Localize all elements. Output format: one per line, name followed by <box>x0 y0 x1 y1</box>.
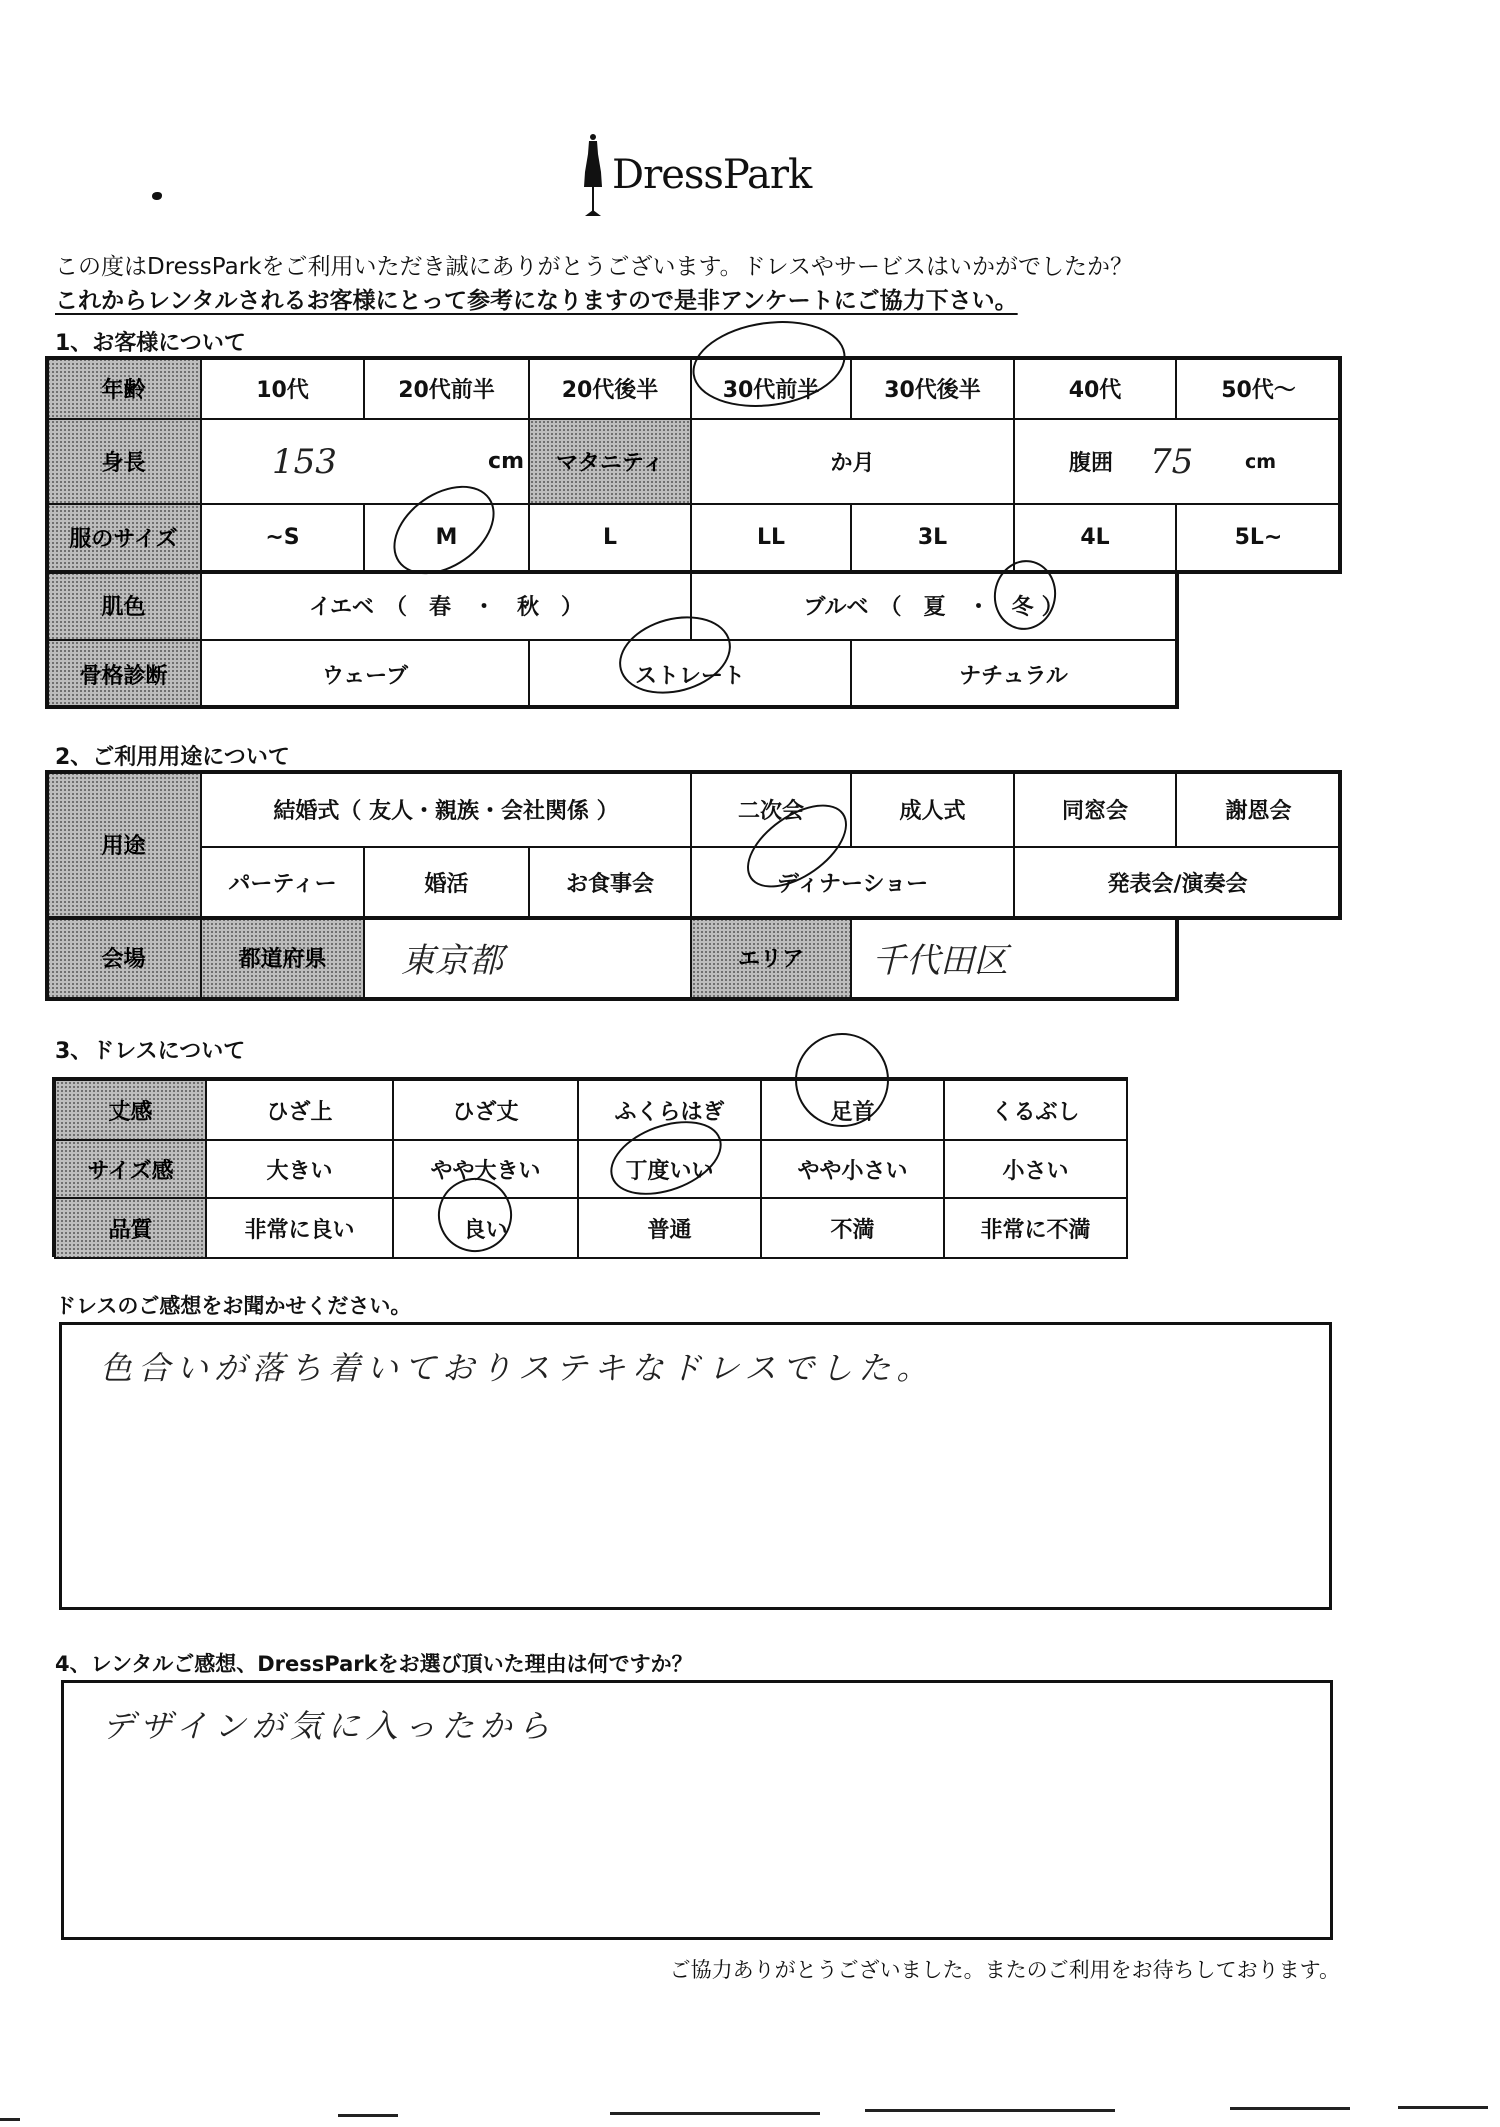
frame-option-selected[interactable]: ストレート <box>528 639 852 709</box>
mannequin-icon <box>580 132 606 218</box>
purpose-option[interactable]: パーティー <box>200 846 365 918</box>
skin-blue-winter-selected: 冬 <box>1012 590 1034 621</box>
prefecture-field[interactable]: 東京都 <box>363 916 692 999</box>
skin-blue-prefix: ブルベ （ 夏 ・ <box>803 590 989 621</box>
length-option[interactable]: ふくらはぎ <box>577 1079 762 1141</box>
quality-label: 品質 <box>54 1197 207 1259</box>
purpose-option-selected[interactable]: ディナーショー <box>690 846 1015 918</box>
skin-blue-suffix: ） <box>1042 590 1064 621</box>
venue-label: 会場 <box>45 916 202 999</box>
scan-artifact <box>0 2118 20 2121</box>
scan-artifact <box>865 2109 1115 2112</box>
intro-request: これからレンタルされるお客様にとって参考になりますので是非アンケートにご協力下さ… <box>55 282 1018 315</box>
purpose-option[interactable]: 結婚式（ 友人・親族・会社関係 ） <box>200 770 692 848</box>
waist-value: 75 <box>1150 442 1193 482</box>
size-option[interactable]: L <box>528 503 692 572</box>
age-option[interactable]: 20代前半 <box>363 356 530 420</box>
age-option[interactable]: 50代～ <box>1175 356 1342 420</box>
scan-speck <box>152 192 162 200</box>
size-option[interactable]: ~S <box>200 503 365 572</box>
purpose-table: 用途 結婚式（ 友人・親族・会社関係 ） 二次会 成人式 同窓会 謝恩会 パーテ… <box>45 770 1342 999</box>
length-option[interactable]: ひざ上 <box>205 1079 394 1141</box>
height-unit: cm <box>488 449 524 474</box>
length-option-selected[interactable]: 足首 <box>760 1079 945 1141</box>
dress-table: 丈感 ひざ上 ひざ丈 ふくらはぎ 足首 くるぶし サイズ感 大きい やや大きい … <box>52 1077 1128 1257</box>
skin-yellow-option[interactable]: イエベ （ 春 ・ 秋 ） <box>200 570 692 641</box>
size-option[interactable]: 3L <box>850 503 1015 572</box>
frame-label: 骨格診断 <box>45 639 202 709</box>
section1-title: 1、お客様について <box>55 326 246 357</box>
waist-field[interactable]: 腹囲 75 cm <box>1013 418 1342 505</box>
fit-option[interactable]: やや小さい <box>760 1139 945 1199</box>
brand-name: DressPark <box>612 152 811 198</box>
quality-option[interactable]: 非常に良い <box>205 1197 394 1259</box>
reason-textarea[interactable]: デザインが気に入ったから <box>61 1680 1333 1940</box>
quality-option[interactable]: 非常に不満 <box>943 1197 1128 1259</box>
quality-option[interactable]: 不満 <box>760 1197 945 1259</box>
age-option[interactable]: 30代後半 <box>850 356 1015 420</box>
area-field[interactable]: 千代田区 <box>850 916 1177 999</box>
scan-artifact <box>338 2114 398 2117</box>
size-option[interactable]: 4L <box>1013 503 1177 572</box>
height-label: 身長 <box>45 418 202 505</box>
length-option[interactable]: くるぶし <box>943 1079 1128 1141</box>
quality-option-selected[interactable]: 良い <box>392 1197 579 1259</box>
intro-text: この度はDressParkをご利用いただき誠にありがとうございます。ドレスやサー… <box>55 248 1133 281</box>
size-option[interactable]: 5L~ <box>1175 503 1342 572</box>
area-label: エリア <box>690 916 852 999</box>
purpose-option[interactable]: 成人式 <box>850 770 1015 848</box>
fit-label: サイズ感 <box>54 1139 207 1199</box>
prefecture-label: 都道府県 <box>200 916 365 999</box>
waist-unit: cm <box>1245 451 1276 473</box>
frame-option[interactable]: ウェーブ <box>200 639 530 709</box>
purpose-label: 用途 <box>45 770 202 918</box>
age-option[interactable]: 40代 <box>1013 356 1177 420</box>
purpose-option[interactable]: 発表会/演奏会 <box>1013 846 1342 918</box>
frame-option[interactable]: ナチュラル <box>850 639 1177 709</box>
size-label: 服のサイズ <box>45 503 202 572</box>
height-field[interactable]: 153 cm <box>200 418 530 505</box>
scan-artifact <box>1230 2107 1350 2110</box>
maternity-unit: か月 <box>830 446 874 477</box>
purpose-option[interactable]: 婚活 <box>363 846 530 918</box>
area-value: 千代田区 <box>872 933 1008 982</box>
fit-option[interactable]: 小さい <box>943 1139 1128 1199</box>
skin-label: 肌色 <box>45 570 202 641</box>
age-option[interactable]: 20代後半 <box>528 356 692 420</box>
impression-textarea[interactable]: 色合いが落ち着いておりステキなドレスでした。 <box>59 1322 1332 1610</box>
reason-answer: デザインが気に入ったから <box>102 1701 556 1747</box>
scan-artifact <box>1398 2106 1488 2109</box>
purpose-option[interactable]: 二次会 <box>690 770 852 848</box>
size-option[interactable]: LL <box>690 503 852 572</box>
customer-table: 年齢 10代 20代前半 20代後半 30代前半 30代後半 40代 50代～ … <box>45 356 1342 707</box>
purpose-option[interactable]: 謝恩会 <box>1175 770 1342 848</box>
maternity-label: マタニティ <box>528 418 692 505</box>
fit-option[interactable]: 大きい <box>205 1139 394 1199</box>
section2-title: 2、ご利用用途について <box>55 740 290 771</box>
fit-option-selected[interactable]: 丁度いい <box>577 1139 762 1199</box>
section4-title: 4、レンタルご感想、DressParkをお選び頂いた理由は何ですか？ <box>55 1648 693 1678</box>
length-option[interactable]: ひざ丈 <box>392 1079 579 1141</box>
age-label: 年齢 <box>45 356 202 420</box>
prefecture-value: 東京都 <box>401 933 503 982</box>
skin-blue-option[interactable]: ブルベ （ 夏 ・ 冬 ） <box>690 570 1177 641</box>
size-option-selected[interactable]: M <box>363 503 530 572</box>
purpose-option[interactable]: お食事会 <box>528 846 692 918</box>
height-value: 153 <box>272 442 337 482</box>
impression-answer: 色合いが落ち着いておりステキなドレスでした。 <box>100 1343 934 1389</box>
footer-thanks: ご協力ありがとうございました。またのご利用をお待ちしております。 <box>670 1954 1340 1984</box>
purpose-option[interactable]: 同窓会 <box>1013 770 1177 848</box>
age-option[interactable]: 10代 <box>200 356 365 420</box>
age-option-selected[interactable]: 30代前半 <box>690 356 852 420</box>
impression-prompt: ドレスのご感想をお聞かせください。 <box>55 1290 411 1320</box>
length-label: 丈感 <box>54 1079 207 1141</box>
maternity-field[interactable]: か月 <box>690 418 1015 505</box>
quality-option[interactable]: 普通 <box>577 1197 762 1259</box>
section3-title: 3、ドレスについて <box>55 1034 245 1065</box>
fit-option[interactable]: やや大きい <box>392 1139 579 1199</box>
scan-artifact <box>610 2112 820 2115</box>
dresspark-logo: DressPark <box>572 130 802 220</box>
waist-label: 腹囲 <box>1069 446 1113 477</box>
